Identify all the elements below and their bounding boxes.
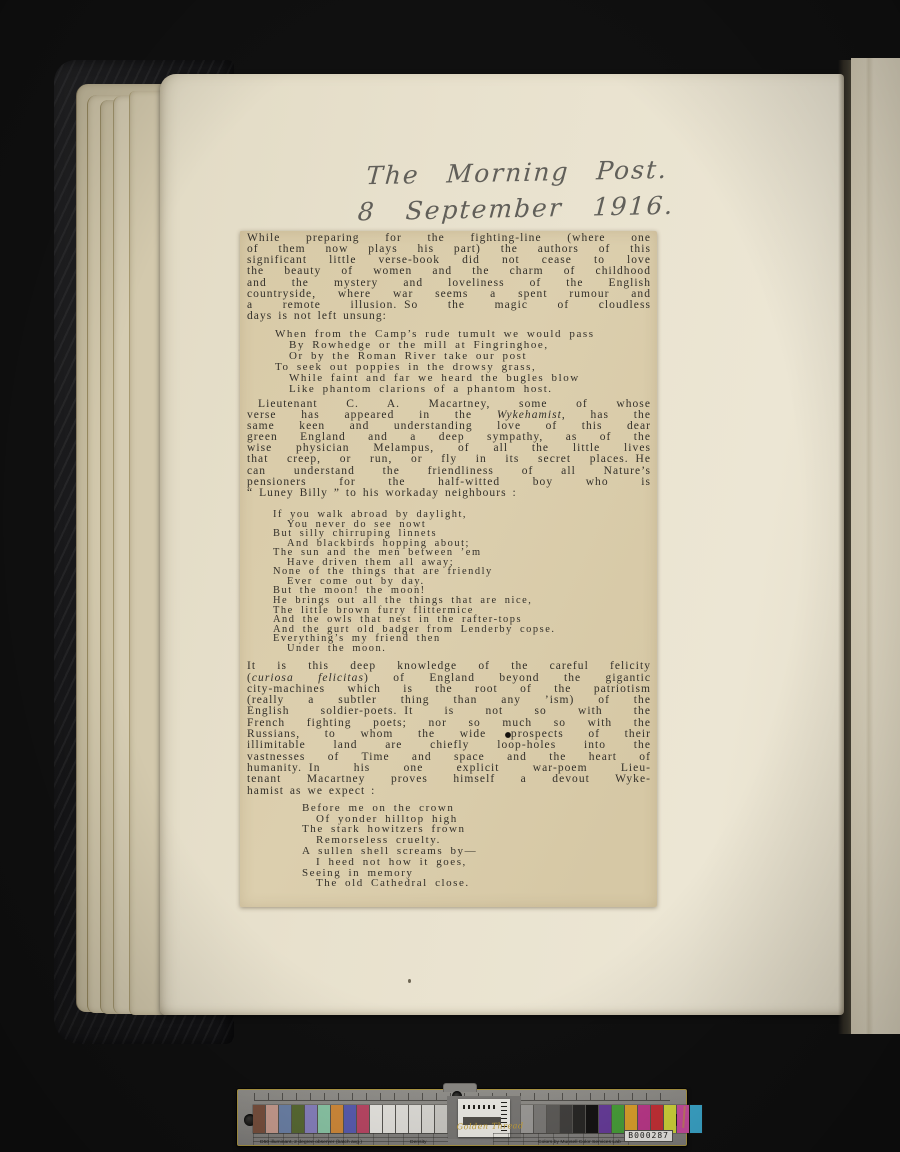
color-patch (279, 1105, 291, 1133)
color-patch (586, 1105, 598, 1133)
poem-line: Under the moon. (287, 644, 651, 654)
color-patch (573, 1105, 585, 1133)
color-patch (344, 1105, 356, 1133)
color-patch (547, 1105, 559, 1133)
color-patch (599, 1105, 611, 1133)
article-paragraph: Lieutenant C. A. Macartney, some of whos… (247, 399, 651, 499)
golden-thread-script: Golden Thread (457, 1122, 524, 1132)
color-patch (664, 1105, 676, 1133)
color-patch (357, 1105, 369, 1133)
color-patch (370, 1105, 382, 1133)
serial-number: B000287 (625, 1131, 672, 1141)
text-line: “ Luney Billy ” to his workaday neighbou… (247, 488, 651, 499)
color-patch (331, 1105, 343, 1133)
color-patch (292, 1105, 304, 1133)
color-patch (560, 1105, 572, 1133)
density-label: Density (410, 1138, 427, 1144)
poem-line: The old Cathedral close. (316, 878, 651, 889)
handwritten-caption-line2: 8 September 1916. (357, 191, 675, 227)
clipping-text: While preparing for the fighting-line (w… (247, 233, 651, 889)
resolution-marks (463, 1105, 497, 1109)
color-patch (534, 1105, 546, 1133)
color-patch (383, 1105, 395, 1133)
archival-photo-scene: The Morning Post. 8 September 1916. Whil… (0, 0, 900, 1152)
color-patch (625, 1105, 637, 1133)
poem-stanza: If you walk abroad by daylight,You never… (273, 510, 651, 653)
color-patch (422, 1105, 434, 1133)
color-patch (409, 1105, 421, 1133)
color-calibration-bar: Golden Thread D50 illuminant, 2 degree o… (237, 1089, 687, 1146)
poem-stanza: When from the Camp’s rude tumult we woul… (275, 329, 651, 394)
color-patch (435, 1105, 447, 1133)
color-patch (612, 1105, 624, 1133)
patch-group-right (521, 1105, 702, 1133)
color-patch (253, 1105, 265, 1133)
poem-stanza: Before me on the crownOf yonder hilltop … (302, 803, 651, 889)
ink-blot (505, 732, 511, 738)
patch-group-left (253, 1105, 447, 1133)
color-patch (266, 1105, 278, 1133)
handwritten-caption-line1: The Morning Post. (365, 155, 677, 191)
news-clipping: While preparing for the fighting-line (w… (240, 231, 657, 907)
text-line: hamist as we expect : (247, 786, 651, 797)
handwritten-caption: The Morning Post. 8 September 1916. (363, 155, 678, 227)
color-patch (396, 1105, 408, 1133)
calibration-tab (443, 1083, 477, 1092)
article-paragraph: While preparing for the fighting-line (w… (247, 233, 651, 322)
album-page: The Morning Post. 8 September 1916. Whil… (160, 74, 844, 1015)
dust-speck (408, 979, 411, 983)
color-patch (638, 1105, 650, 1133)
article-paragraph: It is this deep knowledge of the careful… (247, 661, 651, 797)
color-patch (651, 1105, 663, 1133)
d50-label: D50 illuminant, 2 degree observer (batch… (260, 1138, 362, 1144)
text-line: days is not left unsung: (247, 311, 651, 322)
poem-line: Like phantom clarions of a phantom host. (289, 384, 651, 395)
color-patch (690, 1105, 702, 1133)
color-patch (305, 1105, 317, 1133)
color-patch (318, 1105, 330, 1133)
facing-page-edge (851, 58, 900, 1034)
munsell-label: Colors by Munsell Color Services Lab (538, 1138, 621, 1144)
